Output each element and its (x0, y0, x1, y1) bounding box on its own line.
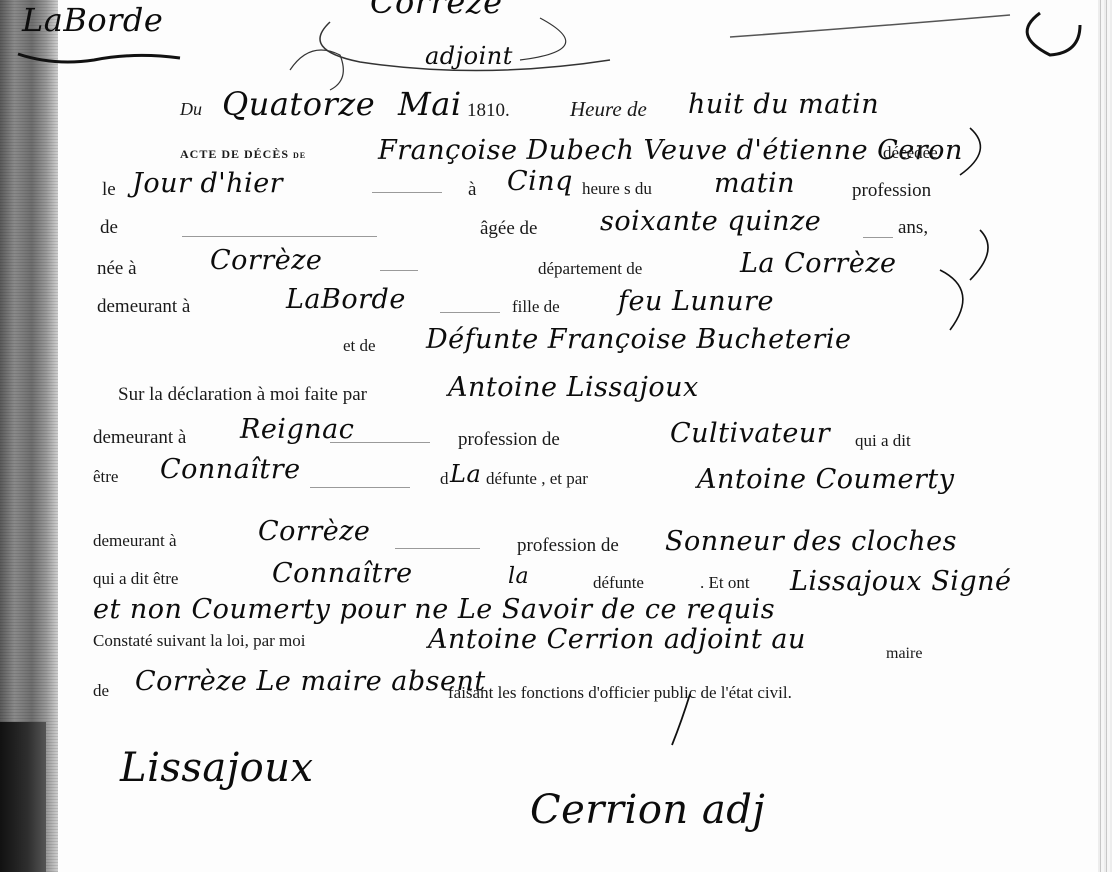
print-faisant-fonctions: faisant les fonctions d'officier public … (448, 684, 792, 701)
hand-mother: Défunte Françoise Bucheterie (426, 326, 851, 353)
print-demeurant-a: demeurant à (93, 532, 177, 549)
print-defunte: défunte (593, 574, 644, 591)
print-profession-de: profession de (517, 536, 619, 555)
hand-birthplace: Corrèze (210, 247, 322, 274)
hand-death-day: Jour d'hier (132, 170, 283, 197)
hand-age: soixante quinze (600, 208, 821, 235)
hand-signed-note: Lissajoux Signé (790, 568, 1011, 595)
blank-rule (395, 548, 480, 549)
margin-underline-flourish (14, 46, 184, 76)
hand-date-month: Mai (398, 88, 462, 120)
print-agee-de: âgée de (480, 219, 537, 238)
blank-rule (310, 487, 410, 488)
top-right-flourish (720, 5, 1100, 65)
print-de: de (93, 682, 109, 699)
print-du: Du (180, 100, 202, 118)
hand-declarant-2-residence: Corrèze (258, 518, 370, 545)
print-le: le (102, 180, 116, 199)
print-etre: être (93, 468, 118, 485)
hand-declarant-1: Antoine Lissajoux (448, 374, 699, 401)
print-et-ont: . Et ont (700, 574, 750, 591)
stroke-flourish (660, 690, 720, 750)
print-et-de: et de (343, 337, 376, 354)
blank-profession-rule (182, 236, 377, 237)
print-d: d (440, 470, 449, 487)
hand-declarant-1-profession: Cultivateur (670, 420, 830, 447)
hand-date-day: Quatorze (222, 88, 375, 120)
print-demeurant-a: demeurant à (93, 428, 186, 447)
print-acte-de-deces: ACTE DE DÉCÈS de (180, 148, 306, 160)
hand-deceased-name: Françoise Dubech Veuve d'étienne Ceron (378, 137, 963, 164)
hand-residence: LaBorde (286, 286, 406, 313)
hand-la: La (450, 462, 481, 486)
hand-officer-name: Antoine Cerrion adjoint au (428, 626, 806, 653)
right-bracket-flourishes (900, 120, 1000, 390)
hand-department: La Corrèze (740, 250, 897, 277)
print-maire: maire (886, 646, 922, 662)
hand-commune-note: Corrèze Le maire absent (135, 668, 486, 695)
print-heures-du: heure s du (582, 180, 652, 197)
print-defunte-et-par: défunte , et par (486, 470, 588, 487)
print-de: de (100, 218, 118, 237)
hand-death-time: matin (714, 170, 795, 197)
blank-rule (372, 192, 442, 193)
print-fille-de: fille de (512, 298, 560, 315)
print-declaration: Sur la déclaration à moi faite par (118, 385, 367, 404)
hand-la: la (508, 566, 529, 588)
print-demeurant-a: demeurant à (97, 297, 190, 316)
hand-death-hour: Cinq (507, 168, 573, 195)
page-edge (1098, 0, 1112, 872)
hand-hour: huit du matin (688, 91, 879, 118)
print-qui-a-dit: qui a dit (855, 432, 911, 449)
margin-note-place: LaBorde (22, 4, 163, 36)
hand-declarant-1-relation: Connaître (160, 456, 301, 483)
print-constate: Constaté suivant la loi, par moi (93, 632, 305, 649)
hand-father: feu Lunure (618, 288, 774, 315)
print-heure-de: Heure de (570, 99, 647, 120)
print-a: à (468, 180, 476, 199)
hand-declarant-2-profession: Sonneur des cloches (665, 528, 957, 555)
print-qui-a-dit-etre: qui a dit être (93, 570, 178, 587)
hand-declarant-2-relation: Connaître (272, 560, 413, 587)
hand-declarant-2: Antoine Coumerty (697, 466, 954, 493)
binding-shadow (0, 722, 46, 872)
signature-declarant: Lissajoux (120, 748, 314, 788)
blank-rule (440, 312, 500, 313)
print-profession-de: profession de (458, 430, 560, 449)
hand-cannot-sign-note: et non Coumerty pour ne Le Savoir de ce … (93, 596, 775, 623)
print-year: 1810. (467, 101, 510, 120)
hand-declarant-1-residence: Reignac (240, 416, 354, 443)
blank-rule (863, 237, 893, 238)
blank-rule (380, 270, 418, 271)
signature-officer: Cerrion adj (530, 790, 765, 830)
blank-rule (330, 442, 430, 443)
print-nee-a: née à (97, 259, 137, 278)
print-departement: département de (538, 260, 642, 277)
